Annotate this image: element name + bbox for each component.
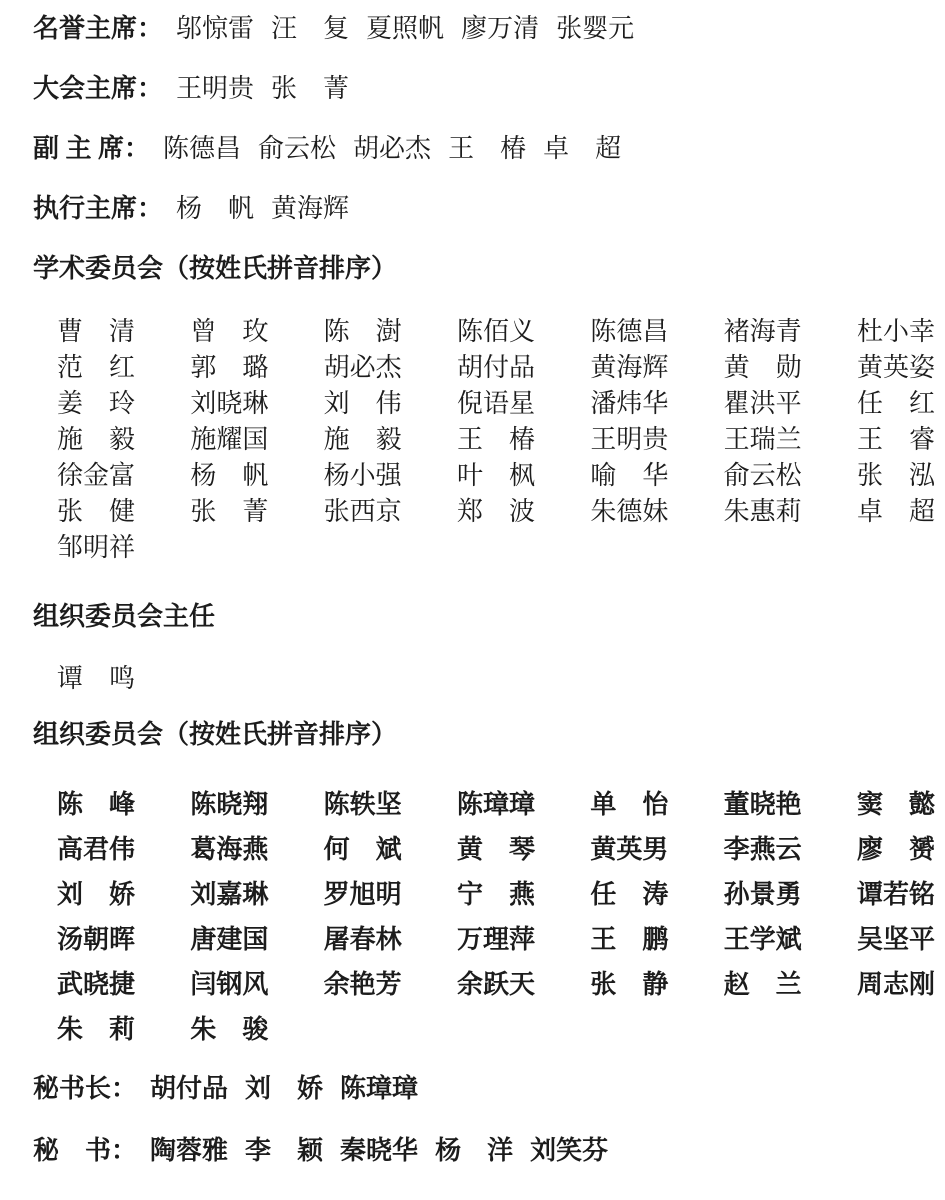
person-name: 黄海辉 [590, 350, 668, 386]
person-name: 任 涛 [590, 872, 668, 917]
person-name: 胡付品 [150, 1074, 228, 1104]
person-name: 高君伟 [57, 827, 135, 872]
person-name: 刘 伟 [324, 386, 402, 422]
person-name: 何 斌 [324, 827, 402, 872]
executive-chair-names: 杨 帆黄海辉 [176, 194, 349, 224]
person-name: 夏照帆 [366, 14, 444, 44]
person-name: 胡必杰 [324, 350, 402, 386]
person-name: 卓 超 [857, 494, 935, 530]
person-name: 王明贵 [176, 74, 254, 104]
person-name: 邬惊雷 [176, 14, 254, 44]
person-name: 唐建国 [190, 917, 268, 962]
person-name: 张婴元 [556, 14, 634, 44]
person-name: 周志刚 [857, 962, 935, 1007]
committee-roster-document: 名誉主席： 邬惊雷汪 复夏照帆廖万清张婴元 大会主席： 王明贵张 菁 副 主 席… [0, 0, 945, 1200]
academic-committee-header: 学术委员会（按姓氏拼音排序） [33, 254, 397, 284]
person-name: 黄海辉 [271, 194, 349, 224]
honorary-chair-names: 邬惊雷汪 复夏照帆廖万清张婴元 [176, 14, 634, 44]
person-name: 孙景勇 [724, 872, 802, 917]
person-name: 窦 懿 [857, 782, 935, 827]
conference-chair-label: 大会主席： [33, 74, 163, 104]
person-name: 胡付品 [457, 350, 535, 386]
person-name: 屠春林 [324, 917, 402, 962]
organizing-committee-director-name: 谭 鸣 [57, 664, 135, 694]
secretary-general-label: 秘书长： [33, 1074, 137, 1104]
person-name: 葛海燕 [190, 827, 268, 872]
honorary-chair-row: 名誉主席： 邬惊雷汪 复夏照帆廖万清张婴元 [33, 14, 937, 44]
vice-chair-label: 副 主 席： [33, 134, 150, 164]
person-name: 邹明祥 [57, 530, 135, 566]
person-name: 刘笑芬 [530, 1136, 608, 1166]
person-name: 杨小强 [324, 458, 402, 494]
person-name: 宁 燕 [457, 872, 535, 917]
person-name: 王 睿 [857, 422, 935, 458]
person-name: 曹 清 [57, 314, 135, 350]
person-name: 李燕云 [724, 827, 802, 872]
vice-chair-names: 陈德昌俞云松胡必杰王 椿卓 超 [163, 134, 621, 164]
person-name: 董晓艳 [724, 782, 802, 827]
person-name: 杨 洋 [435, 1136, 513, 1166]
person-name: 胡必杰 [353, 134, 431, 164]
person-name: 朱 骏 [190, 1007, 268, 1052]
person-name: 王 椿 [448, 134, 526, 164]
person-name: 杨 帆 [190, 458, 268, 494]
person-name: 王 椿 [457, 422, 535, 458]
person-name: 姜 玲 [57, 386, 135, 422]
honorary-chair-label: 名誉主席： [33, 14, 163, 44]
person-name: 郭 璐 [190, 350, 268, 386]
executive-chair-row: 执行主席： 杨 帆黄海辉 [33, 194, 937, 224]
person-name: 褚海青 [724, 314, 802, 350]
person-name: 叶 枫 [457, 458, 535, 494]
person-name: 倪语星 [457, 386, 535, 422]
person-name: 万理萍 [457, 917, 535, 962]
conference-chair-names: 王明贵张 菁 [176, 74, 349, 104]
person-name: 张 静 [590, 962, 668, 1007]
person-name: 陈晓翔 [190, 782, 268, 827]
person-name: 俞云松 [258, 134, 336, 164]
person-name: 秦晓华 [340, 1136, 418, 1166]
person-name: 瞿洪平 [724, 386, 802, 422]
person-name: 吴坚平 [857, 917, 935, 962]
person-name: 廖万清 [461, 14, 539, 44]
person-name: 朱德妹 [590, 494, 668, 530]
person-name: 黄英姿 [857, 350, 935, 386]
person-name: 张 菁 [190, 494, 268, 530]
person-name: 陈 峰 [57, 782, 135, 827]
secretary-names: 陶蓉雅李 颖秦晓华杨 洋刘笑芬 [150, 1136, 608, 1166]
secretary-general-row: 秘书长： 胡付品刘 娇陈璋璋 [33, 1074, 937, 1104]
person-name: 王明贵 [590, 422, 668, 458]
person-name: 王学斌 [724, 917, 802, 962]
person-name: 黄 勋 [724, 350, 802, 386]
person-name: 俞云松 [724, 458, 802, 494]
person-name: 施 毅 [57, 422, 135, 458]
person-name: 张 菁 [271, 74, 349, 104]
person-name: 刘 娇 [245, 1074, 323, 1104]
person-name: 杨 帆 [176, 194, 254, 224]
person-name: 徐金富 [57, 458, 135, 494]
person-name: 朱 莉 [57, 1007, 135, 1052]
person-name: 张 泓 [857, 458, 935, 494]
person-name: 廖 赟 [857, 827, 935, 872]
person-name: 罗旭明 [324, 872, 402, 917]
vice-chair-row: 副 主 席： 陈德昌俞云松胡必杰王 椿卓 超 [33, 134, 937, 164]
person-name: 武晓捷 [57, 962, 135, 1007]
person-name: 喻 华 [590, 458, 668, 494]
person-name: 朱惠莉 [724, 494, 802, 530]
person-name: 陈 澍 [324, 314, 402, 350]
person-name: 陈璋璋 [457, 782, 535, 827]
person-name: 黄英男 [590, 827, 668, 872]
person-name: 李 颖 [245, 1136, 323, 1166]
organizing-committee-name-grid: 陈 峰陈晓翔陈轶坚陈璋璋单 怡董晓艳窦 懿高君伟葛海燕何 斌黄 琴黄英男李燕云廖… [57, 782, 935, 1052]
person-name: 张西京 [324, 494, 402, 530]
person-name: 曾 玫 [190, 314, 268, 350]
person-name: 余跃天 [457, 962, 535, 1007]
person-name: 陶蓉雅 [150, 1136, 228, 1166]
person-name: 陈璋璋 [340, 1074, 418, 1104]
person-name: 汪 复 [271, 14, 349, 44]
secretary-general-names: 胡付品刘 娇陈璋璋 [150, 1074, 418, 1104]
person-name: 刘嘉琳 [190, 872, 268, 917]
academic-committee-name-grid: 曹 清曾 玫陈 澍陈佰义陈德昌褚海青杜小幸范 红郭 璐胡必杰胡付品黄海辉黄 勋黄… [57, 314, 935, 566]
person-name: 陈佰义 [457, 314, 535, 350]
person-name: 任 红 [857, 386, 935, 422]
person-name: 施 毅 [324, 422, 402, 458]
person-name: 陈轶坚 [324, 782, 402, 827]
organizing-committee-director-header: 组织委员会主任 [33, 602, 215, 632]
executive-chair-label: 执行主席： [33, 194, 163, 224]
person-name: 范 红 [57, 350, 135, 386]
person-name: 卓 超 [543, 134, 621, 164]
person-name: 潘炜华 [590, 386, 668, 422]
person-name: 黄 琴 [457, 827, 535, 872]
person-name: 王 鹏 [590, 917, 668, 962]
secretary-row: 秘 书： 陶蓉雅李 颖秦晓华杨 洋刘笑芬 [33, 1136, 937, 1166]
person-name: 刘 娇 [57, 872, 135, 917]
person-name: 刘晓琳 [190, 386, 268, 422]
conference-chair-row: 大会主席： 王明贵张 菁 [33, 74, 937, 104]
person-name: 赵 兰 [724, 962, 802, 1007]
secretary-label: 秘 书： [33, 1136, 137, 1166]
person-name: 陈德昌 [590, 314, 668, 350]
person-name: 王瑞兰 [724, 422, 802, 458]
person-name: 单 怡 [590, 782, 668, 827]
person-name: 郑 波 [457, 494, 535, 530]
person-name: 张 健 [57, 494, 135, 530]
person-name: 汤朝晖 [57, 917, 135, 962]
person-name: 陈德昌 [163, 134, 241, 164]
organizing-committee-header: 组织委员会（按姓氏拼音排序） [33, 720, 397, 750]
person-name: 谭若铭 [857, 872, 935, 917]
person-name: 施耀国 [190, 422, 268, 458]
person-name: 闫钢风 [190, 962, 268, 1007]
person-name: 杜小幸 [857, 314, 935, 350]
person-name: 余艳芳 [324, 962, 402, 1007]
